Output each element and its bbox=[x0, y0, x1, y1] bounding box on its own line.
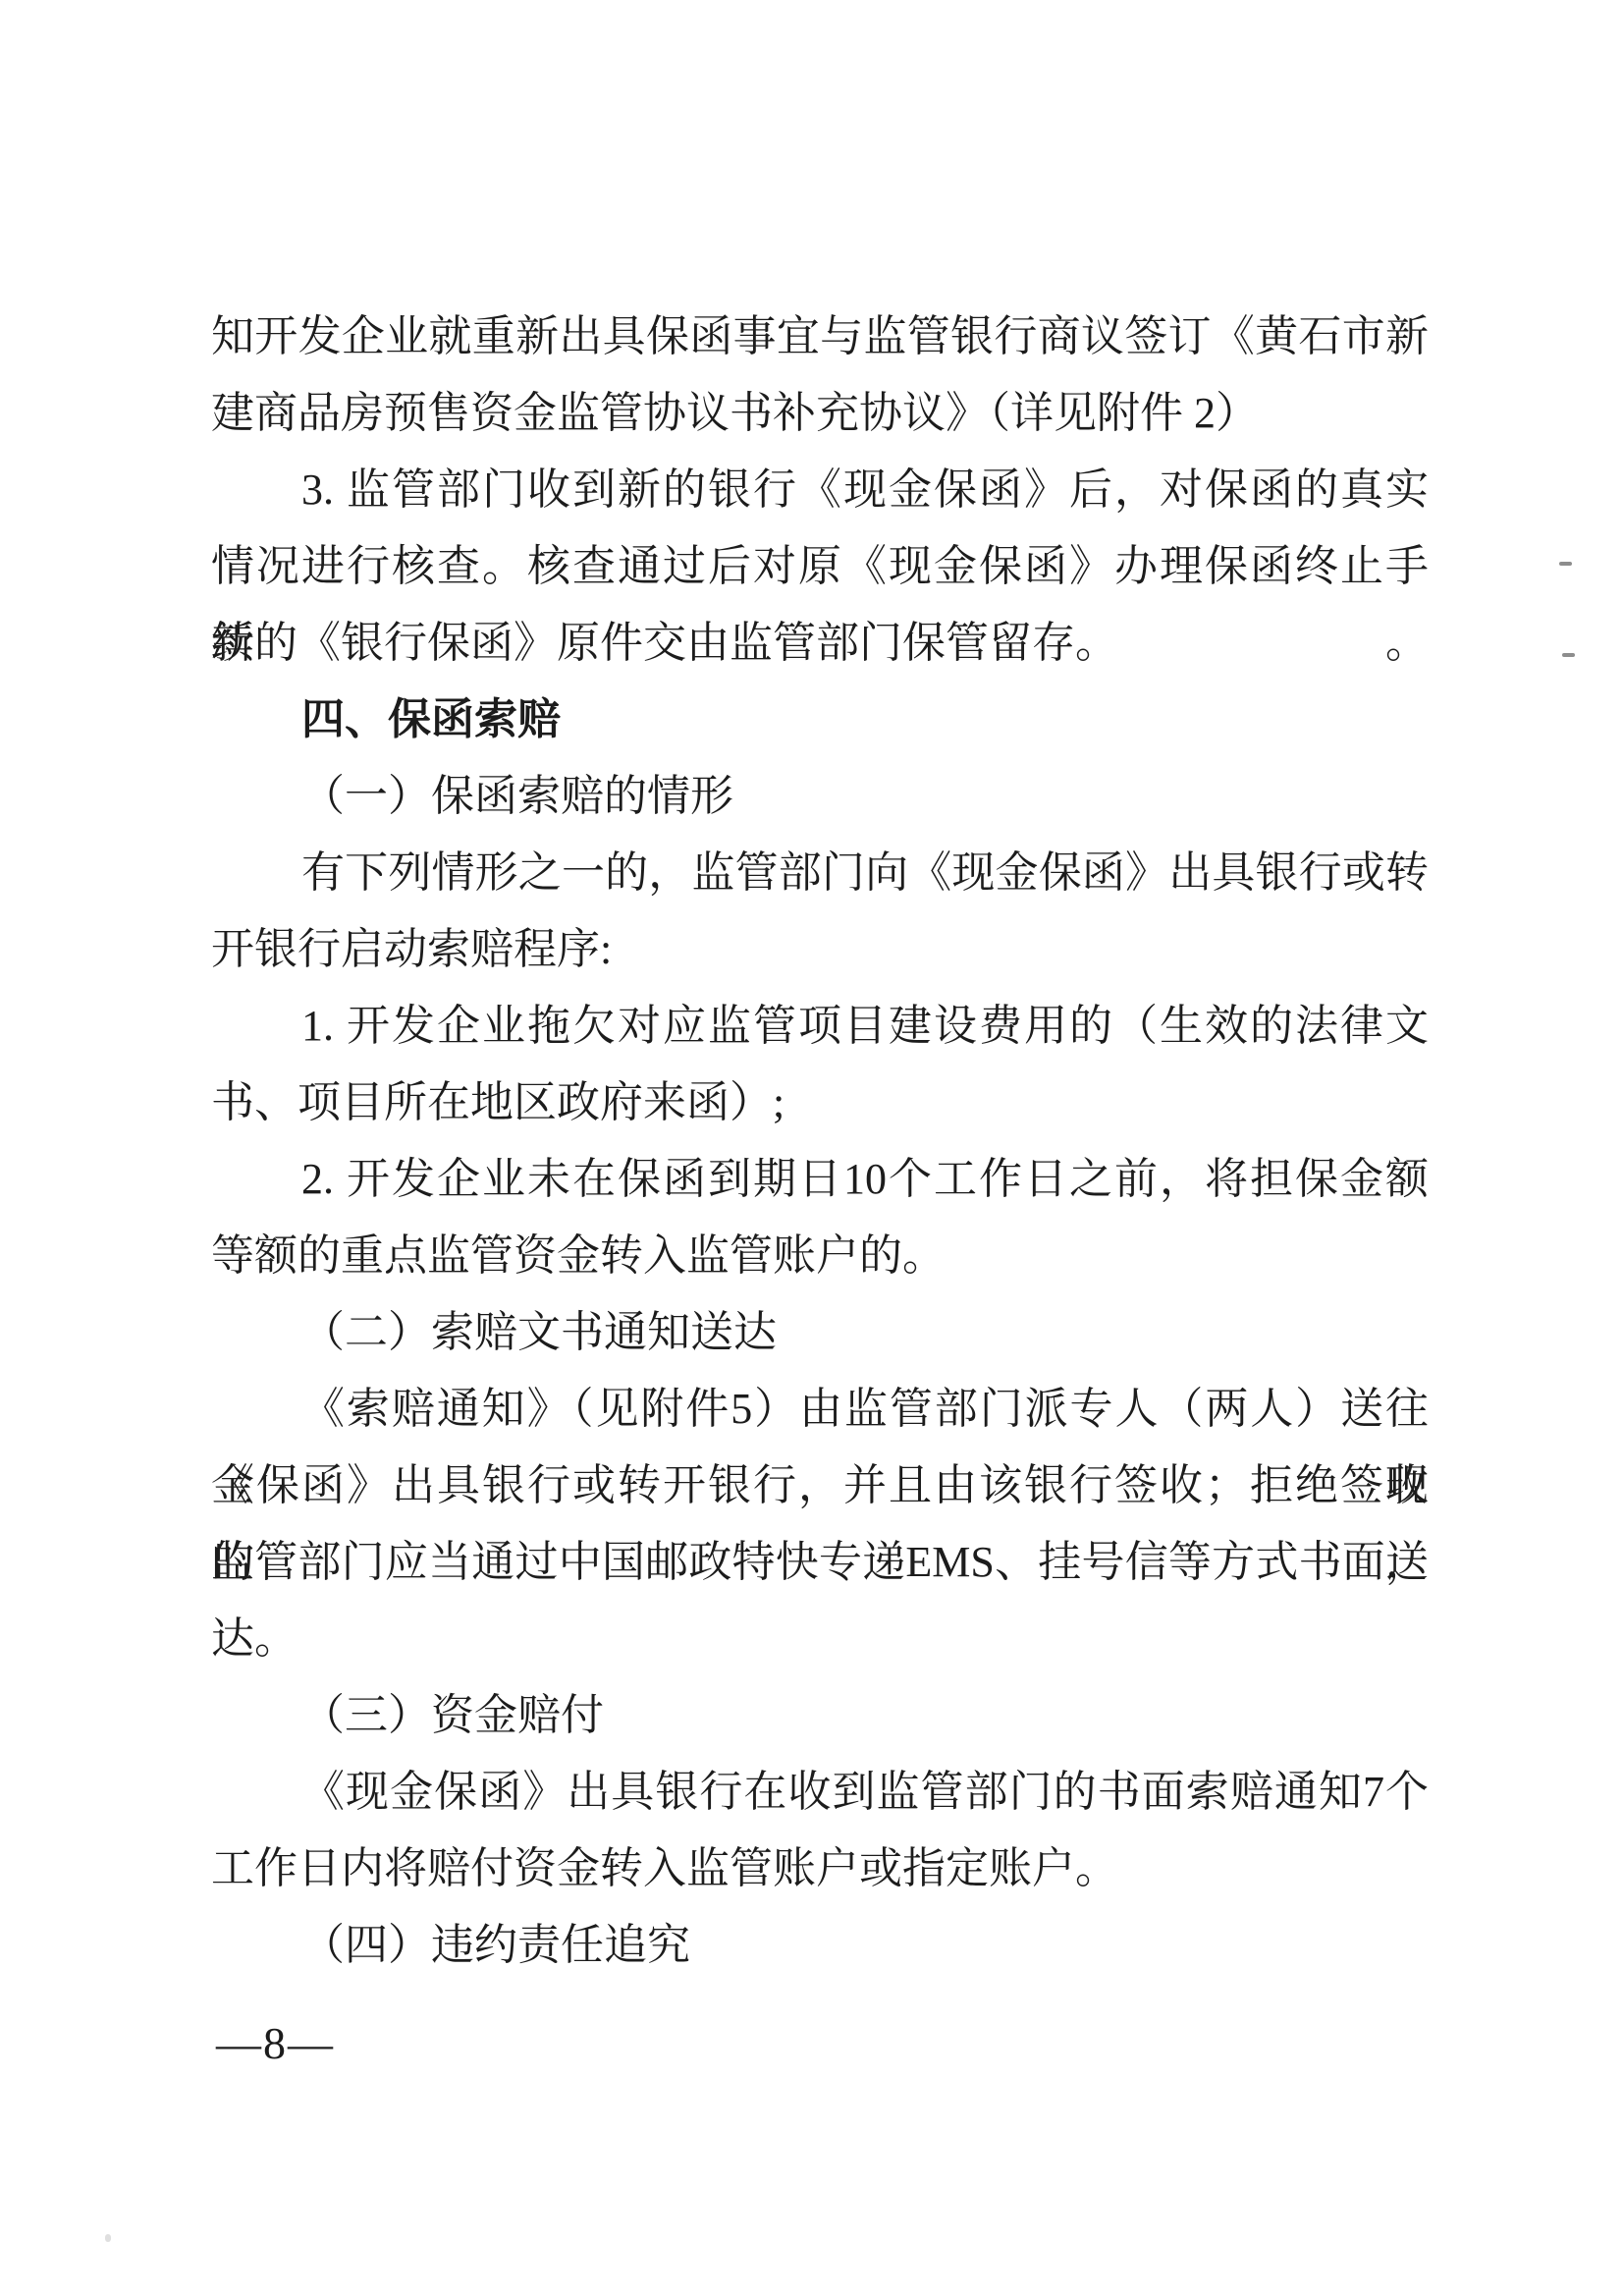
text-line: 建商品房预售资金监管协议书补充协议》（详见附件 2） bbox=[211, 375, 1429, 452]
text-line: 监管部门应当通过中国邮政特快专递EMS、挂号信等方式书面送 bbox=[211, 1524, 1429, 1601]
text-line: 工作日内将赔付资金转入监管账户或指定账户。 bbox=[211, 1831, 1429, 1907]
sub-heading: （四）违约责任追究 bbox=[211, 1907, 1429, 1984]
section-heading: 四、保函索赔 bbox=[211, 682, 1429, 758]
text-line: 金保函》出具银行或转开银行，并且由该银行签收；拒绝签收的， bbox=[211, 1448, 1429, 1524]
sub-heading: （二）索赔文书通知送达 bbox=[211, 1294, 1429, 1371]
sub-heading: （一）保函索赔的情形 bbox=[211, 758, 1429, 835]
document-page: 知开发企业就重新出具保函事宜与监管银行商议签订《黄石市新 建商品房预售资金监管协… bbox=[0, 0, 1623, 2296]
text-line: 1. 开发企业拖欠对应监管项目建设费用的（生效的法律文 bbox=[211, 988, 1429, 1065]
text-line: 开银行启动索赔程序: bbox=[211, 911, 1429, 988]
text-line: 《现金保函》出具银行在收到监管部门的书面索赔通知7个 bbox=[211, 1754, 1429, 1831]
text-line: 3. 监管部门收到新的银行《现金保函》后，对保函的真实 bbox=[211, 452, 1429, 528]
sub-heading: （三）资金赔付 bbox=[211, 1677, 1429, 1754]
text-line: 2. 开发企业未在保函到期日10个工作日之前，将担保金额 bbox=[211, 1141, 1429, 1218]
text-line: 达。 bbox=[211, 1601, 1429, 1677]
scan-artifact-speck bbox=[105, 2234, 111, 2242]
text-line: 《索赔通知》（见附件5）由监管部门派专人（两人）送往《现 bbox=[211, 1371, 1429, 1448]
scan-artifact-dash bbox=[1562, 653, 1575, 657]
text-line: 情况进行核查。核查通过后对原《现金保函》办理保函终止手续。 bbox=[211, 528, 1429, 605]
text-line: 等额的重点监管资金转入监管账户的。 bbox=[211, 1218, 1429, 1294]
text-line: 知开发企业就重新出具保函事宜与监管银行商议签订《黄石市新 bbox=[211, 299, 1429, 375]
page-number: —8— bbox=[216, 2009, 335, 2078]
text-line: 书、项目所在地区政府来函）; bbox=[211, 1065, 1429, 1141]
document-body: 知开发企业就重新出具保函事宜与监管银行商议签订《黄石市新 建商品房预售资金监管协… bbox=[211, 299, 1429, 1984]
text-line: 有下列情形之一的，监管部门向《现金保函》出具银行或转 bbox=[211, 835, 1429, 911]
scan-artifact-dash bbox=[1559, 562, 1572, 566]
